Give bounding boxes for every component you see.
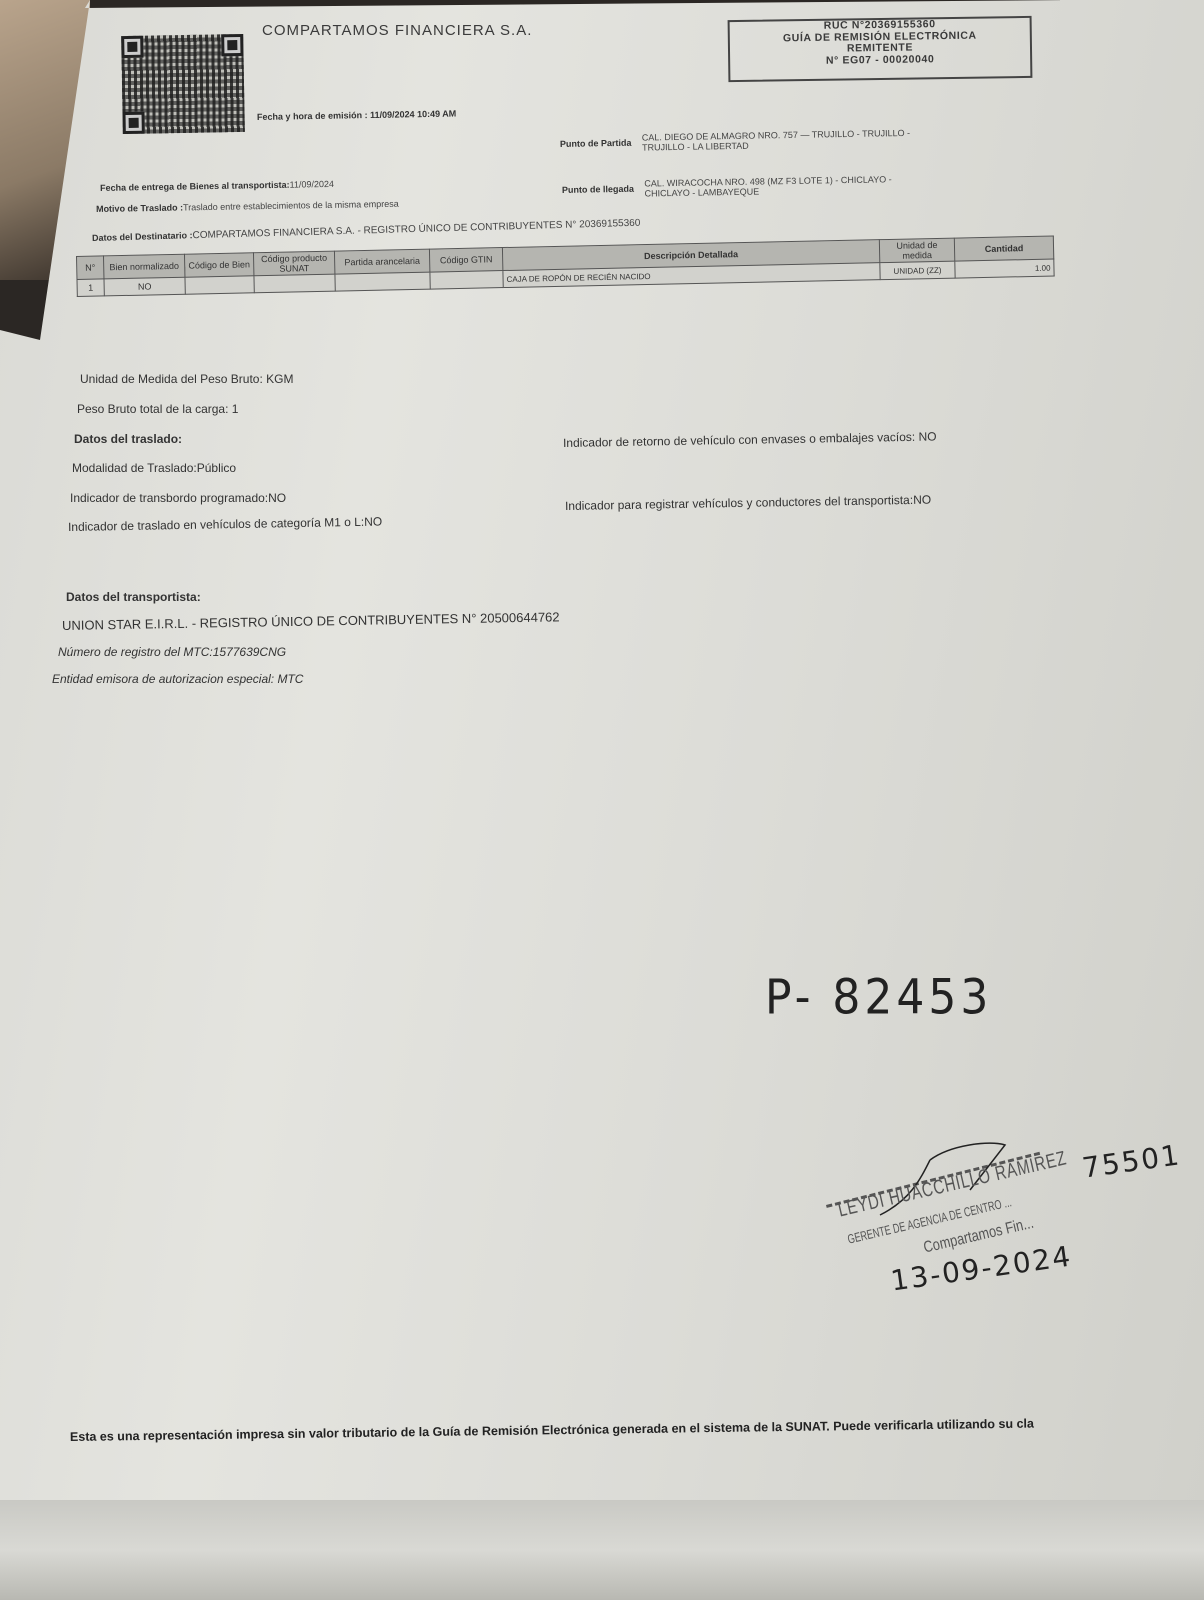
destination-line1: CAL. WIRACOCHA NRO. 498 (MZ F3 LOTE 1) -… — [644, 174, 892, 188]
transfer-title: Datos del traslado: — [74, 432, 182, 446]
company-name: COMPARTAMOS FINANCIERA S.A. — [262, 22, 532, 39]
goods-table: N° Bien normalizado Código de Bien Códig… — [76, 236, 1055, 297]
delivery-date: Fecha de entrega de Bienes al transporti… — [100, 174, 334, 196]
handwritten-date: 13-09-2024 — [889, 1239, 1075, 1297]
footer-note: Esta es una representación impresa sin v… — [70, 1417, 1034, 1444]
qr-code — [121, 34, 245, 134]
return-indicator: Indicador de retorno de vehículo con env… — [563, 429, 937, 450]
transshipment-indicator: Indicador de transbordo programado:NO — [70, 491, 286, 505]
weight-unit: Unidad de Medida del Peso Bruto: KGM — [80, 372, 293, 386]
register-indicator: Indicador para registrar vehículos y con… — [565, 493, 931, 513]
recipient-data: Datos del Destinatario :COMPARTAMOS FINA… — [92, 213, 641, 246]
destination-label: Punto de llegada — [562, 184, 634, 195]
destination-point: Punto de llegada CAL. WIRACOCHA NRO. 498… — [562, 174, 892, 200]
handwritten-side-number: 75501 — [1080, 1138, 1183, 1184]
transfer-reason: Motivo de Traslado :Traslado entre estab… — [96, 194, 399, 217]
document-id-box: RUC N°20369155360 GUÍA DE REMISIÓN ELECT… — [728, 16, 1033, 82]
origin-point: Punto de Partida CAL. DIEGO DE ALMAGRO N… — [560, 128, 910, 154]
origin-label: Punto de Partida — [560, 138, 632, 149]
carrier-authority: Entidad emisora de autorizacion especial… — [52, 672, 303, 686]
origin-line2: TRUJILLO - LA LIBERTAD — [642, 141, 749, 153]
weight-total: Peso Bruto total de la carga: 1 — [77, 402, 238, 416]
destination-line2: CHICLAYO - LAMBAYEQUE — [644, 187, 759, 199]
handwritten-code: P- 82453 — [765, 969, 992, 1025]
carrier-mtc: Número de registro del MTC:1577639CNG — [58, 645, 286, 659]
paper-bottom-edge — [0, 1500, 1204, 1600]
transfer-modality: Modalidad de Traslado:Público — [72, 461, 236, 475]
origin-line1: CAL. DIEGO DE ALMAGRO NRO. 757 — TRUJILL… — [642, 128, 910, 143]
m1-category-indicator: Indicador de traslado en vehículos de ca… — [68, 515, 382, 534]
carrier-name: UNION STAR E.I.R.L. - REGISTRO ÚNICO DE … — [62, 609, 560, 633]
document-page: COMPARTAMOS FINANCIERA S.A. RUC N°203691… — [0, 0, 1204, 1600]
carrier-title: Datos del transportista: — [66, 590, 201, 604]
emission-datetime: Fecha y hora de emisión : 11/09/2024 10:… — [257, 109, 456, 122]
